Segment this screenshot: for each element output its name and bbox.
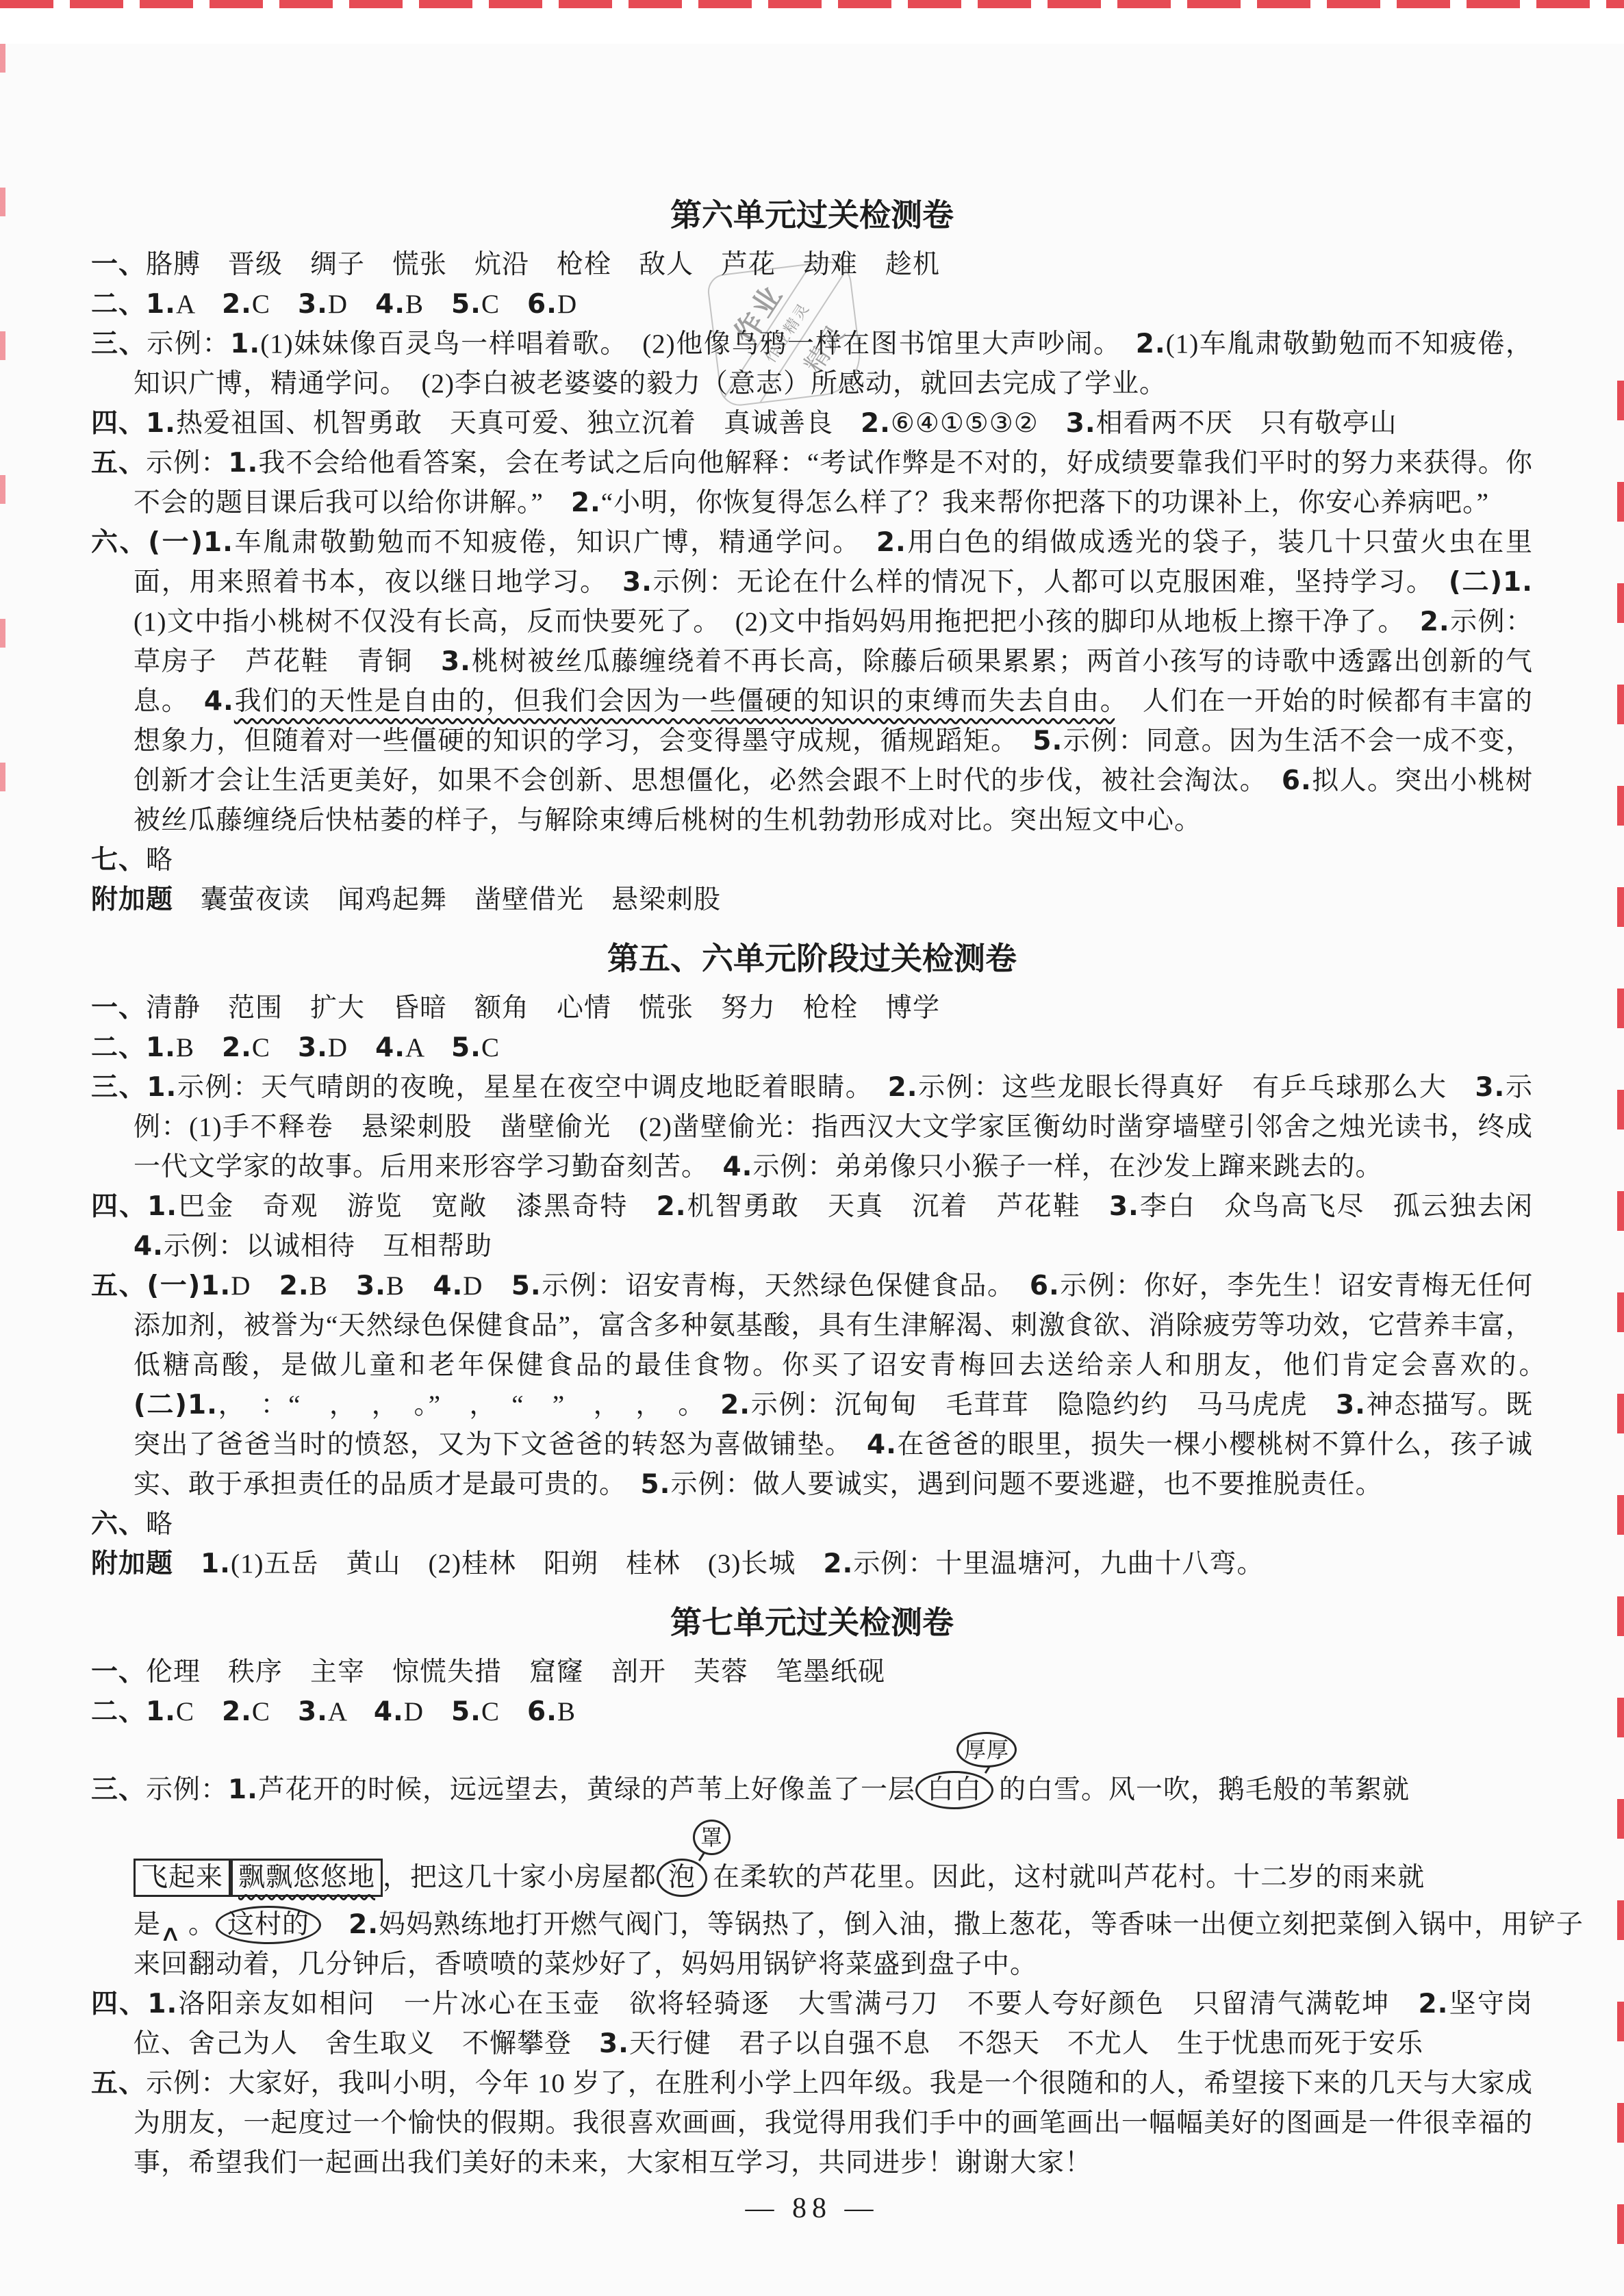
text-run: ，把这几十家小房屋都	[383, 1863, 657, 1892]
bold-run: 3.	[1066, 408, 1096, 439]
text-run: B	[386, 1271, 433, 1301]
text-run: 示例：天气晴朗的夜晚，星星在夜空中调皮地眨着眼睛。	[177, 1073, 887, 1102]
bold-run: 二、1.	[91, 289, 176, 320]
bold-run: 附加题	[91, 884, 173, 915]
text-run: 示例：十里温塘河，九曲十八弯。	[853, 1549, 1264, 1579]
bold-run: 5.	[451, 1696, 481, 1727]
answer-paragraph: 二、1.B 2.C 3.D 4.A 5.C	[91, 1028, 1533, 1068]
answer-paragraph: 一、伦理 秩序 主宰 惊慌失措 窟窿 剖开 芙蓉 笔墨纸砚	[91, 1653, 1533, 1692]
text-run: 。	[188, 1910, 216, 1939]
text-run: (1)五岳 黄山 (2)桂林 阳朔 桂林 (3)长城	[231, 1549, 823, 1579]
bold-run: 四、1.	[91, 1989, 177, 2019]
text-run: 示例：以诚相待 互相帮助	[164, 1232, 492, 1261]
text-run: D	[463, 1271, 511, 1301]
answer-paragraph: 四、1.洛阳亲友如相问 一片冰心在玉壶 欲将轻骑逐 大雪满弓刀 不要人夸好颜色 …	[91, 1985, 1533, 2064]
test-title: 第五、六单元阶段过关检测卷	[91, 938, 1533, 979]
bold-run: 五、	[91, 448, 146, 479]
answer-paragraph: 六、(一)1.车胤肃敬勤勉而不知疲倦，知识广博，精通学问。 2.用白色的绢做成透…	[91, 523, 1533, 841]
text-run: A	[176, 290, 222, 319]
bold-run: 6.	[527, 1696, 557, 1727]
text-run: D	[328, 290, 375, 319]
bold-run: 6.	[527, 289, 557, 320]
bold-run: 2.	[657, 1191, 687, 1222]
bold-run: 3.	[298, 1032, 328, 1063]
text-run: B	[176, 1033, 222, 1062]
text-run: (1)妹妹像百灵鸟一样唱着歌。 (2)他像乌鸦一样在图书馆里大声吵闹。	[260, 329, 1136, 359]
text-run: B	[557, 1697, 576, 1726]
text-run: 李白 众鸟高飞尽 孤云独去闲	[1139, 1192, 1560, 1221]
answer-paragraph: 六、略	[91, 1505, 1533, 1544]
proofread-circled-text: 泡	[657, 1859, 707, 1897]
bold-run: 2.	[876, 527, 906, 558]
bold-run: 5.	[1032, 726, 1063, 756]
bold-run: (二)1.	[134, 1390, 218, 1420]
text-run: 示例：这些龙眼长得真好 有乒乓球那么大	[918, 1073, 1475, 1102]
answer-line: 来回翻动着，几分钟后，香喷喷的菜炒好了，妈妈用锅铲将菜盛到盘子中。	[134, 1945, 1533, 1985]
text-run: 来回翻动着，几分钟后，香喷喷的菜炒好了，妈妈用锅铲将菜盛到盘子中。	[134, 1950, 1037, 1979]
bold-run: 3.	[356, 1271, 386, 1301]
answer-line: 飞起来飘飘悠悠地，把这几十家小房屋都泡罩在柔软的芦花里。因此，这村就叫芦花村。十…	[134, 1858, 1533, 1898]
bold-run: 六、	[91, 1509, 146, 1540]
text-run: 机智勇敢 天真 沉着 芦花鞋	[687, 1192, 1109, 1221]
text-run	[173, 1549, 201, 1579]
answer-paragraph: 五、示例：1.我不会给他看答案，会在考试之后向他解释：“考试作弊是不对的，好成绩…	[91, 444, 1533, 523]
text-run: 略	[146, 1509, 173, 1539]
left-edge-red-dashes	[0, 44, 5, 797]
bold-run: 一、	[91, 1657, 146, 1687]
answer-paragraph: 四、1.巴金 奇观 游览 宽敞 漆黑奇特 2.机智勇敢 天真 沉着 芦花鞋 3.…	[91, 1187, 1533, 1266]
text-run: 胳膊 晋级 绸子 慌张 炕沿 枪栓 敌人 芦花 劫难 趁机	[146, 250, 940, 279]
bold-run: 5.	[511, 1271, 542, 1301]
proofread-replace: 白白厚厚	[915, 1770, 993, 1810]
text-run: B	[309, 1271, 356, 1301]
text-run: C	[252, 1697, 298, 1726]
bold-run: 2.	[222, 1696, 252, 1727]
bold-run: 2.	[861, 408, 891, 439]
text-run: 示例：诏安青梅，天然绿色保健食品。	[542, 1271, 1030, 1301]
bold-run: 2.	[1420, 607, 1450, 637]
bold-run: 二、1.	[91, 1696, 176, 1727]
bold-run: 三、	[91, 1774, 146, 1805]
bold-run: 3.	[298, 289, 328, 320]
bold-run: 2.	[348, 1909, 379, 1940]
answer-paragraph: 五、示例：大家好，我叫小明，今年 10 岁了，在胜利小学上四年级。我是一个很随和…	[91, 2064, 1533, 2183]
text-run: 芦花开的时候，远远望去，黄绿的芦苇上好像盖了一层	[258, 1775, 915, 1804]
proofread-insert-caret	[161, 1906, 188, 1933]
text-run: ⑥④①⑤③②	[891, 409, 1066, 438]
proofread-circled-text: 白白	[915, 1771, 993, 1809]
answer-paragraph-proofread: 三、示例：1.芦花开的时候，远远望去，黄绿的芦苇上好像盖了一层白白厚厚的白雪。风…	[91, 1770, 1533, 1985]
bold-run: 4.	[375, 1032, 405, 1063]
bold-run: 一、	[91, 993, 146, 1023]
text-run: 示例：大家好，我叫小明，今年 10 岁了，在胜利小学上四年级。我是一个很随和的人…	[134, 2069, 1533, 2178]
test-section: 第五、六单元阶段过关检测卷一、清静 范围 扩大 昏暗 额角 心情 慌张 努力 枪…	[91, 938, 1533, 1584]
text-run: “小明，你恢复得怎么样了？我来帮你把落下的功课补上，你安心养病吧。”	[601, 488, 1489, 518]
text-run: 示例：做人要诚实，遇到问题不要逃避，也不要推脱责任。	[670, 1470, 1382, 1499]
bold-run: 5.	[641, 1469, 671, 1500]
bold-run: 三、	[91, 329, 147, 359]
bold-run: 五、(一)1.	[91, 1271, 231, 1301]
bold-run: 六、(一)1.	[91, 527, 233, 558]
text-run: 示例：沉甸甸 毛茸茸 隐隐约约 马马虎虎	[750, 1390, 1336, 1420]
bold-run: 5.	[451, 1032, 481, 1063]
bold-run: 4.	[204, 686, 234, 717]
bold-run: 1.	[230, 329, 260, 359]
test-title: 第六单元过关检测卷	[91, 194, 1533, 235]
bold-run: 3.	[298, 1696, 328, 1727]
bold-run: 4.	[723, 1151, 753, 1182]
page-number: — 88 —	[0, 2192, 1624, 2225]
bold-run: 三、1.	[91, 1072, 177, 1103]
bold-run: 二、1.	[91, 1032, 176, 1063]
bold-run: 五、	[91, 2068, 146, 2099]
bold-run: 3.	[441, 646, 471, 677]
text-run: C	[176, 1697, 222, 1726]
bold-run: 3.	[622, 567, 652, 598]
proofread-box-wavy: 飘飘悠悠地	[231, 1859, 383, 1897]
proofread-correction-bubble: 厚厚	[956, 1732, 1017, 1768]
test-section: 第六单元过关检测卷一、胳膊 晋级 绸子 慌张 炕沿 枪栓 敌人 芦花 劫难 趁机…	[91, 194, 1533, 920]
answer-paragraph: 附加题 囊萤夜读 闻鸡起舞 凿壁借光 悬梁刺股	[91, 880, 1533, 920]
text-run: 的白雪。风一吹，鹅毛般的苇絮就	[999, 1775, 1410, 1804]
answer-paragraph: 三、示例：1.(1)妹妹像百灵鸟一样唱着歌。 (2)他像乌鸦一样在图书馆里大声吵…	[91, 324, 1533, 404]
text-run: 示例：弟弟像只小猴子一样，在沙发上蹿来跳去的。	[752, 1152, 1382, 1182]
bold-run: 6.	[1030, 1271, 1060, 1301]
answer-paragraph: 附加题 1.(1)五岳 黄山 (2)桂林 阳朔 桂林 (3)长城 2.示例：十里…	[91, 1544, 1533, 1584]
answer-paragraph: 七、略	[91, 841, 1533, 880]
text-run: A	[328, 1697, 374, 1726]
bold-run: (二)1.	[1449, 567, 1533, 598]
text-run: 示例：无论在什么样的情况下，人都可以克服困难，坚持学习。	[652, 567, 1449, 597]
bold-run: 3.	[1336, 1390, 1366, 1420]
bold-run: 七、	[91, 845, 146, 876]
text-run: C	[252, 1033, 298, 1062]
bold-run: 2.	[222, 1032, 252, 1063]
answer-paragraph: 四、1.热爱祖国、机智勇敢 天真可爱、独立沉着 真诚善良 2.⑥④①⑤③② 3.…	[91, 404, 1533, 444]
bold-run: 6.	[1282, 765, 1312, 796]
bold-run: 2.	[888, 1072, 918, 1103]
proofread-circle: 这村的	[216, 1906, 321, 1944]
bold-run: 附加题	[91, 1548, 173, 1579]
bold-run: 4.	[433, 1271, 463, 1301]
bold-run: 3.	[1109, 1191, 1139, 1222]
text-run: C	[481, 1697, 527, 1726]
answer-paragraph: 三、1.示例：天气晴朗的夜晚，星星在夜空中调皮地眨着眼睛。 2.示例：这些龙眼长…	[91, 1068, 1533, 1187]
bold-run: 2.	[1419, 1989, 1449, 2019]
proofread-replace: 泡罩	[657, 1858, 707, 1898]
bold-run: 1.	[228, 1774, 258, 1805]
text-run: 在柔软的芦花里。因此，这村就叫芦花村。十二岁的雨来就	[713, 1863, 1425, 1892]
text-run: 天行健 君子以自强不息 不怨天 不尤人 生于忧患而死于安乐	[629, 2029, 1423, 2058]
text-run: 巴金 奇观 游览 宽敞 漆黑奇特	[177, 1192, 656, 1221]
text-run: 示例：	[147, 329, 230, 359]
bold-run: 3.	[1475, 1072, 1505, 1103]
test-section: 第七单元过关检测卷一、伦理 秩序 主宰 惊慌失措 窟窿 剖开 芙蓉 笔墨纸砚二、…	[91, 1602, 1533, 2183]
bold-run: 4.	[134, 1231, 164, 1262]
proofread-box: 飞起来	[134, 1859, 231, 1897]
text-run: D	[404, 1697, 451, 1726]
text-run: C	[481, 290, 527, 319]
text-run: 洛阳亲友如相问 一片冰心在玉壶 欲将轻骑逐 大雪满弓刀 不要人夸好颜色 只留清气…	[177, 1989, 1418, 2019]
text-run: D	[328, 1033, 375, 1062]
text-run: 示例：	[146, 448, 228, 478]
answer-paragraph: 五、(一)1.D 2.B 3.B 4.D 5.示例：诏安青梅，天然绿色保健食品。…	[91, 1266, 1533, 1505]
answer-paragraph: 二、1.C 2.C 3.A 4.D 5.C 6.B	[91, 1692, 1533, 1732]
bold-run: 4.	[374, 1696, 404, 1727]
text-run: B	[405, 290, 451, 319]
answer-paragraph: 二、1.A 2.C 3.D 4.B 5.C 6.D	[91, 285, 1533, 324]
bold-run: 2.	[279, 1271, 309, 1301]
text-run: D	[231, 1271, 279, 1301]
text-run: 伦理 秩序 主宰 惊慌失措 窟窿 剖开 芙蓉 笔墨纸砚	[146, 1657, 885, 1687]
bold-run: 四、1.	[91, 1191, 177, 1222]
text-run: 示例：	[146, 1775, 228, 1804]
test-title: 第七单元过关检测卷	[91, 1602, 1533, 1643]
text-run: 车胤肃敬勤勉而不知疲倦，知识广博，精通学问。	[233, 528, 876, 557]
bold-run: 一、	[91, 249, 146, 280]
text-run: C	[252, 290, 298, 319]
answer-sheet-content: 第六单元过关检测卷一、胳膊 晋级 绸子 慌张 炕沿 枪栓 敌人 芦花 劫难 趁机…	[91, 194, 1533, 2183]
bold-run: 2.	[823, 1548, 853, 1579]
right-edge-red-dashes	[1617, 381, 1624, 2296]
text-run: A	[405, 1033, 451, 1062]
text-run: 略	[146, 845, 173, 875]
bold-run: 5.	[451, 289, 481, 320]
bold-run: 2.	[222, 289, 252, 320]
text-run: (1)文中指小桃树不仅没有长高，反而快要死了。 (2)文中指妈妈用拖把把小孩的脚…	[134, 607, 1420, 637]
answer-paragraph: 一、胳膊 晋级 绸子 慌张 炕沿 枪栓 敌人 芦花 劫难 趁机	[91, 245, 1533, 285]
text-run: D	[557, 290, 577, 319]
top-edge-red-dashes	[0, 0, 1624, 8]
bold-run: 2.	[720, 1390, 750, 1420]
text-run: 热爱祖国、机智勇敢 天真可爱、独立沉着 真诚善良	[176, 409, 861, 438]
bold-run: 四、1.	[91, 408, 176, 439]
answer-line: 三、示例：1.芦花开的时候，远远望去，黄绿的芦苇上好像盖了一层白白厚厚的白雪。风…	[91, 1770, 1533, 1810]
answer-paragraph: 一、清静 范围 扩大 昏暗 额角 心情 慌张 努力 枪栓 博学	[91, 988, 1533, 1028]
bold-run: 1.	[228, 448, 258, 479]
text-run: 妈妈熟练地打开燃气阀门，等锅热了，倒入油，撒上葱花，等香味一出便立刻把菜倒入锅中…	[379, 1910, 1584, 1939]
bold-run: 1.	[201, 1548, 231, 1579]
text-run: C	[481, 1033, 500, 1062]
text-run: 清静 范围 扩大 昏暗 额角 心情 慌张 努力 枪栓 博学	[146, 993, 940, 1023]
answer-line: 是。这村的 2.妈妈熟练地打开燃气阀门，等锅热了，倒入油，撒上葱花，等香味一出便…	[134, 1905, 1533, 1945]
text-run: 囊萤夜读 闻鸡起舞 凿壁借光 悬梁刺股	[173, 885, 721, 915]
bold-run: 2.	[1136, 329, 1166, 359]
wavy-underline-run: 我们的天性是自由的，但我们会因为一些僵硬的知识的束缚而失去自由。	[234, 687, 1115, 716]
proofread-correction-bubble: 罩	[693, 1820, 731, 1855]
text-run: 是	[134, 1910, 161, 1939]
text-run: ， ：“ ， ， 。” ， “ ” ， ， 。	[218, 1390, 720, 1420]
bold-run: 2.	[571, 487, 601, 518]
text-run	[321, 1910, 348, 1939]
text-run: 相看两不厌 只有敬亭山	[1096, 409, 1397, 438]
bold-run: 4.	[867, 1429, 897, 1460]
bold-run: 3.	[599, 2028, 629, 2059]
bold-run: 4.	[375, 289, 405, 320]
